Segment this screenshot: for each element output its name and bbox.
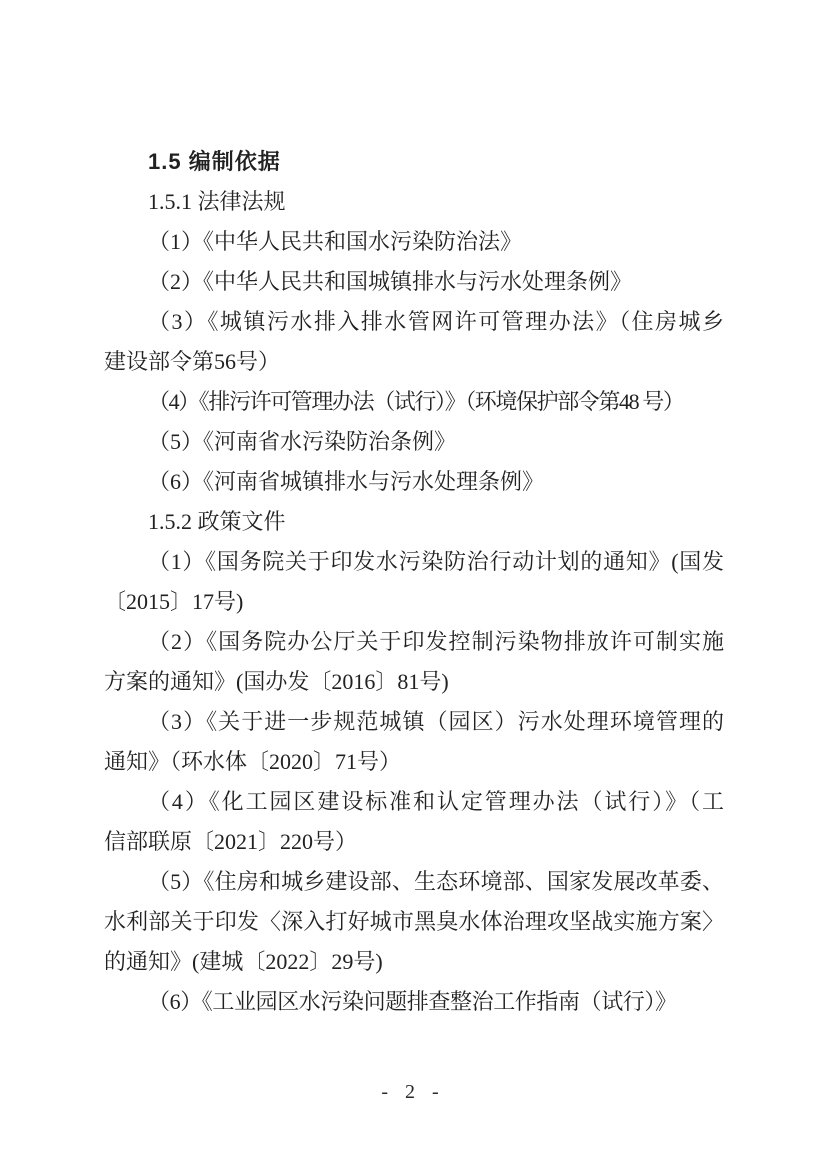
paragraph-line: （5）《河南省水污染防治条例》 xyxy=(104,422,724,462)
paragraph-line: （1）《中华人民共和国水污染防治法》 xyxy=(104,222,724,262)
page-number: - 2 - xyxy=(0,1078,826,1106)
paragraph-line: 建设部令第56号） xyxy=(104,342,724,382)
paragraph-line: （2）《国务院办公厅关于印发控制污染物排放许可制实施 xyxy=(104,622,724,662)
section-heading: 1.5 编制依据 xyxy=(104,142,724,182)
paragraph-line: （4）《排污许可管理办法（试行）》（环境保护部令第48 号） xyxy=(104,382,724,422)
paragraph-line: （4）《化工园区建设标准和认定管理办法（试行）》（工 xyxy=(104,782,724,822)
paragraph-line: （3）《关于进一步规范城镇（园区）污水处理环境管理的 xyxy=(104,702,724,742)
paragraph-line: （1）《国务院关于印发水污染防治行动计划的通知》(国发 xyxy=(104,542,724,582)
list-item-law-2: （2）《中华人民共和国城镇排水与污水处理条例》 xyxy=(104,262,724,302)
paragraph-line: 信部联原〔2021〕220号） xyxy=(104,822,724,862)
list-item-policy-6: （6）《工业园区水污染问题排查整治工作指南（试行）》 xyxy=(104,982,724,1022)
paragraph-line: 的通知》(建城〔2022〕29号) xyxy=(104,942,724,982)
paragraph-line: 水利部关于印发〈深入打好城市黑臭水体治理攻坚战实施方案〉 xyxy=(104,902,724,942)
list-item-law-5: （5）《河南省水污染防治条例》 xyxy=(104,422,724,462)
list-item-policy-5: （5）《住房和城乡建设部、生态环境部、国家发展改革委、 水利部关于印发〈深入打好… xyxy=(104,862,724,982)
subsection-title-policies: 1.5.2 政策文件 xyxy=(104,502,724,542)
paragraph-line: （5）《住房和城乡建设部、生态环境部、国家发展改革委、 xyxy=(104,862,724,902)
list-item-policy-3: （3）《关于进一步规范城镇（园区）污水处理环境管理的 通知》（环水体〔2020〕… xyxy=(104,702,724,782)
document-page: 1.5 编制依据 1.5.1 法律法规 （1）《中华人民共和国水污染防治法》 （… xyxy=(0,0,826,1169)
list-item-law-6: （6）《河南省城镇排水与污水处理条例》 xyxy=(104,462,724,502)
paragraph-line: 〔2015〕17号) xyxy=(104,582,724,622)
list-item-law-4: （4）《排污许可管理办法（试行）》（环境保护部令第48 号） xyxy=(104,382,724,422)
paragraph-line: 通知》（环水体〔2020〕71号） xyxy=(104,742,724,782)
list-item-law-3: （3）《城镇污水排入排水管网许可管理办法》（住房城乡 建设部令第56号） xyxy=(104,302,724,382)
document-body: 1.5 编制依据 1.5.1 法律法规 （1）《中华人民共和国水污染防治法》 （… xyxy=(104,142,724,1022)
paragraph-line: （3）《城镇污水排入排水管网许可管理办法》（住房城乡 xyxy=(104,302,724,342)
paragraph-line: （6）《河南省城镇排水与污水处理条例》 xyxy=(104,462,724,502)
paragraph-line: 方案的通知》(国办发〔2016〕81号) xyxy=(104,662,724,702)
subsection-title-laws: 1.5.1 法律法规 xyxy=(104,182,724,222)
list-item-policy-2: （2）《国务院办公厅关于印发控制污染物排放许可制实施 方案的通知》(国办发〔20… xyxy=(104,622,724,702)
list-item-law-1: （1）《中华人民共和国水污染防治法》 xyxy=(104,222,724,262)
paragraph-line: （2）《中华人民共和国城镇排水与污水处理条例》 xyxy=(104,262,724,302)
paragraph-line: （6）《工业园区水污染问题排查整治工作指南（试行）》 xyxy=(104,982,724,1022)
list-item-policy-4: （4）《化工园区建设标准和认定管理办法（试行）》（工 信部联原〔2021〕220… xyxy=(104,782,724,862)
list-item-policy-1: （1）《国务院关于印发水污染防治行动计划的通知》(国发 〔2015〕17号) xyxy=(104,542,724,622)
